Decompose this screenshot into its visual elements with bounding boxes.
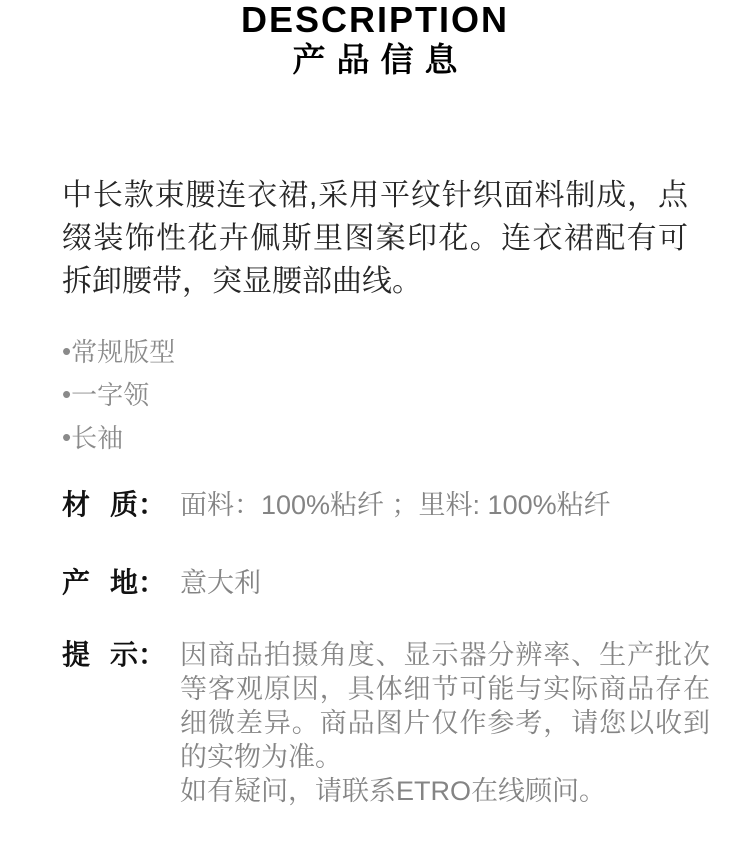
- feature-item-fit: •常规版型: [62, 331, 688, 374]
- notice-line: 因商品拍摄角度、显示器分辨率、生产批次等客观原因，具体细节可能与实际商品存在细微…: [180, 638, 710, 774]
- spec-label-char: 质：: [110, 488, 166, 522]
- feature-label: 长袖: [71, 423, 123, 453]
- section-title-zh: 产品信息: [0, 38, 750, 82]
- spec-label-char: 地：: [110, 566, 166, 600]
- feature-item-sleeve: •长袖: [62, 417, 688, 460]
- section-header: DESCRIPTION 产品信息: [0, 0, 750, 82]
- spec-row-origin: 产 地： 意大利: [62, 566, 710, 600]
- bullet-icon: •: [62, 330, 71, 373]
- spec-label-notice: 提 示：: [62, 638, 166, 672]
- spec-label-char: 材: [62, 488, 90, 522]
- feature-label: 一字领: [71, 380, 149, 410]
- bullet-icon: •: [62, 416, 71, 459]
- spec-value-notice: 因商品拍摄角度、显示器分辨率、生产批次等客观原因，具体细节可能与实际商品存在细微…: [180, 638, 710, 808]
- section-title-en: DESCRIPTION: [0, 2, 750, 38]
- spec-section: 材 质： 面料：100%粘纤 ；里料: 100%粘纤 产 地： 意大利 提 示：…: [62, 488, 710, 808]
- product-description-paragraph: 中长款束腰连衣裙,采用平纹针织面料制成，点缀装饰性花卉佩斯里图案印花。连衣裙配有…: [62, 174, 688, 303]
- spec-label-char: 示：: [110, 638, 166, 672]
- feature-list: •常规版型 •一字领 •长袖: [62, 331, 688, 460]
- spec-label-char: 提: [62, 638, 90, 672]
- spec-value-material: 面料：100%粘纤 ；里料: 100%粘纤: [180, 488, 710, 522]
- notice-line: 如有疑问，请联系ETRO在线顾问。: [180, 774, 710, 808]
- spec-row-material: 材 质： 面料：100%粘纤 ；里料: 100%粘纤: [62, 488, 710, 522]
- bullet-icon: •: [62, 373, 71, 416]
- spec-label-origin: 产 地：: [62, 566, 166, 600]
- feature-label: 常规版型: [71, 337, 175, 367]
- spec-value-origin: 意大利: [180, 566, 710, 600]
- spec-label-material: 材 质：: [62, 488, 166, 522]
- spec-row-notice: 提 示： 因商品拍摄角度、显示器分辨率、生产批次等客观原因，具体细节可能与实际商…: [62, 638, 710, 808]
- product-info-panel: DESCRIPTION 产品信息 中长款束腰连衣裙,采用平纹针织面料制成，点缀装…: [0, 0, 750, 865]
- spec-label-char: 产: [62, 566, 90, 600]
- feature-item-neckline: •一字领: [62, 374, 688, 417]
